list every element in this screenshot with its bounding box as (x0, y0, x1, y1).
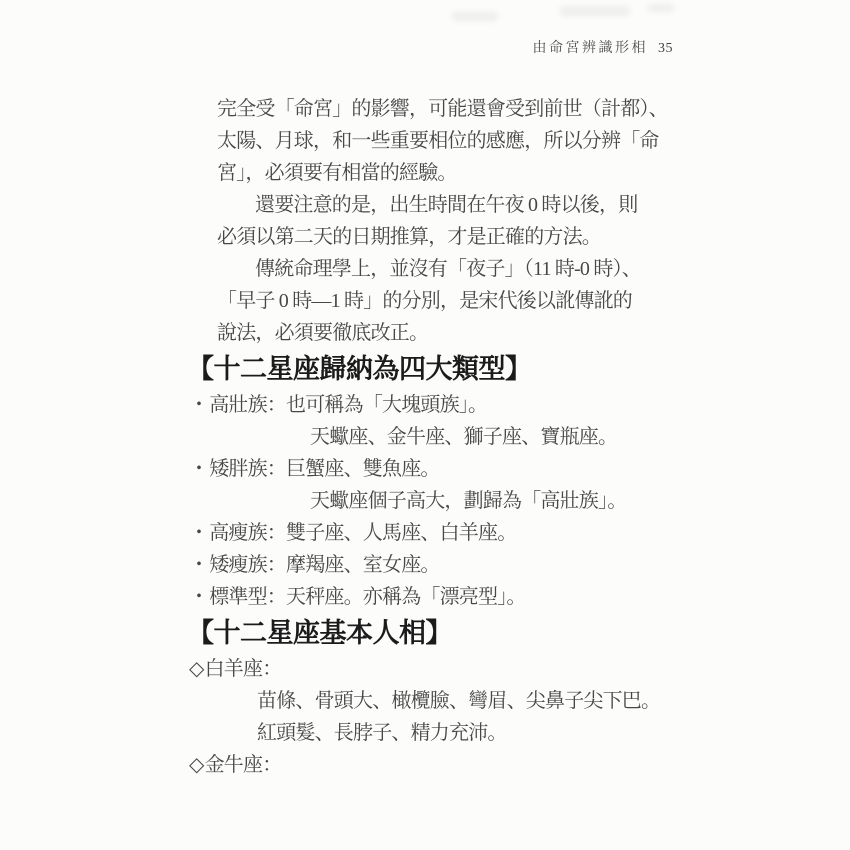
zodiac-entry-description: 紅頭髮、長脖子、精力充沛。 (257, 717, 707, 749)
zodiac-type-text: 矮瘦族：摩羯座、室女座。 (209, 554, 439, 576)
bullet-icon: ・ (189, 394, 208, 416)
paragraph-line: 「早子 0 時—1 時」的分別，是宋代後以訛傳訛的 (217, 285, 707, 317)
paragraph-line: 太陽、月球，和一些重要相位的感應，所以分辨「命 (217, 125, 707, 157)
zodiac-type-item: ・矮瘦族：摩羯座、室女座。 (187, 549, 707, 581)
zodiac-entry-name: 金牛座： (205, 754, 282, 776)
bullet-icon: ・ (189, 554, 208, 576)
zodiac-type-item: ・標準型：天秤座。亦稱為「漂亮型」。 (187, 581, 707, 613)
zodiac-type-item: ・高瘦族：雙子座、人馬座、白羊座。 (187, 517, 707, 549)
zodiac-type-text: 矮胖族：巨蟹座、雙魚座。 (209, 458, 439, 480)
diamond-icon: ◇ (189, 658, 204, 680)
paragraph-line: 說法，必須要徹底改正。 (217, 317, 707, 349)
scan-smudge (452, 12, 498, 21)
scan-smudge (648, 4, 674, 12)
section-heading-types: 【十二星座歸納為四大類型】 (187, 349, 707, 389)
zodiac-type-continuation: 天蠍座個子高大，劃歸為「高壯族」。 (310, 485, 707, 517)
zodiac-entry: ◇白羊座： (187, 653, 707, 685)
zodiac-type-text: 高壯族：也可稱為「大塊頭族」。 (209, 394, 487, 416)
bullet-icon: ・ (189, 586, 208, 608)
page-number: 35 (658, 41, 673, 56)
page-content: 完全受「命宮」的影響，可能還會受到前世（計都）、 太陽、月球，和一些重要相位的感… (187, 93, 707, 781)
zodiac-entry: ◇金牛座： (187, 749, 707, 781)
running-header: 由命宮辨識形相35 (533, 40, 674, 58)
book-page: 由命宮辨識形相35 完全受「命宮」的影響，可能還會受到前世（計都）、 太陽、月球… (0, 0, 850, 850)
diamond-icon: ◇ (189, 754, 204, 776)
zodiac-type-continuation: 天蠍座、金牛座、獅子座、寶瓶座。 (310, 421, 707, 453)
bullet-icon: ・ (189, 458, 208, 480)
scan-smudge (560, 6, 630, 16)
paragraph-line: 還要注意的是，出生時間在午夜 0 時以後，則 (217, 189, 707, 221)
zodiac-entry-name: 白羊座： (205, 658, 282, 680)
zodiac-type-item: ・矮胖族：巨蟹座、雙魚座。 (187, 453, 707, 485)
paragraph-line: 宮」，必須要有相當的經驗。 (217, 157, 707, 189)
paragraph-line: 傳統命理學上，並沒有「夜子」（11 時-0 時）、 (217, 253, 707, 285)
zodiac-type-text: 標準型：天秤座。亦稱為「漂亮型」。 (209, 586, 525, 608)
zodiac-type-item: ・高壯族：也可稱為「大塊頭族」。 (187, 389, 707, 421)
paragraph-line: 必須以第二天的日期推算，才是正確的方法。 (217, 221, 707, 253)
zodiac-entry-description: 苗條、骨頭大、橄欖臉、彎眉、尖鼻子尖下巴。 (257, 685, 707, 717)
zodiac-type-text: 高瘦族：雙子座、人馬座、白羊座。 (209, 522, 516, 544)
bullet-icon: ・ (189, 522, 208, 544)
running-title: 由命宮辨識形相 (533, 41, 649, 56)
paragraph-line: 完全受「命宮」的影響，可能還會受到前世（計都）、 (217, 93, 707, 125)
section-heading-faces: 【十二星座基本人相】 (187, 613, 707, 653)
